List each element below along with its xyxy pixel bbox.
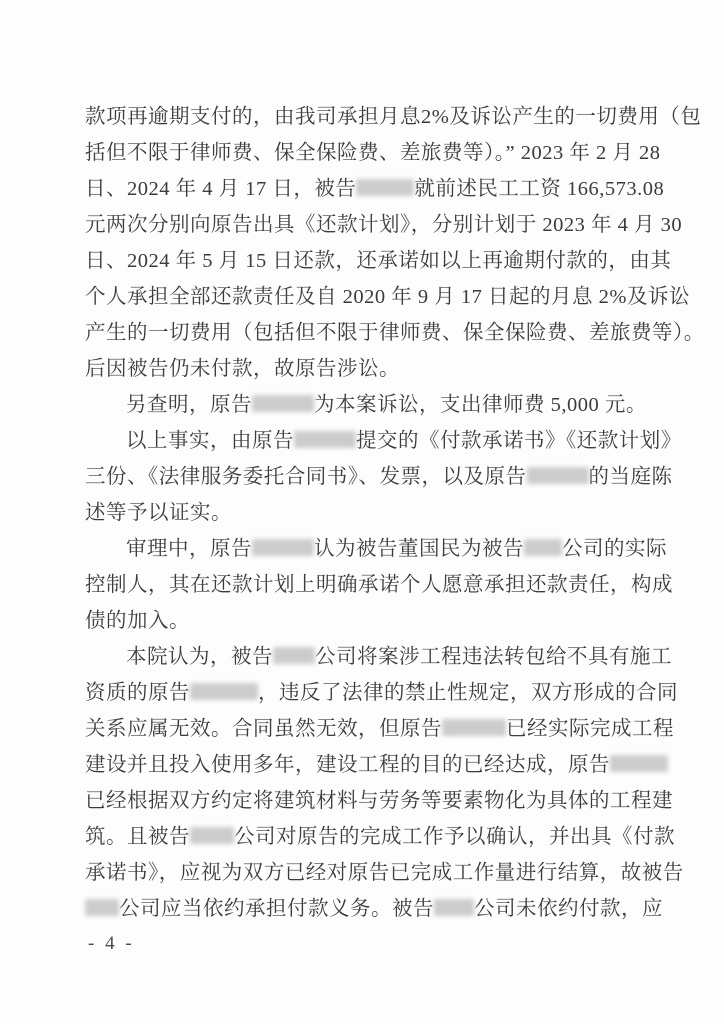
text-run: 认为被告董国民为被告: [314, 538, 524, 560]
redacted-name: [252, 395, 314, 412]
redacted-name: [85, 899, 119, 916]
text-run: 本院认为，被告: [126, 646, 273, 668]
text-run: 为本案诉讼，支出律师费 5,000 元。: [314, 394, 647, 416]
text-run: 公司对原告的完成工作予以确认，并出具《付款: [234, 826, 675, 848]
text-line: 资质的原告，违反了法律的禁止性规定，双方形成的合同: [85, 675, 641, 711]
text-run: 日、2024 年 4 月 17 日，被告: [85, 178, 356, 200]
text-run: 审理中，原告: [126, 538, 252, 560]
text-line: 已经根据双方约定将建筑材料与劳务等要素物化为具体的工程建: [85, 783, 641, 819]
text-run: 公司应当依约承担付款义务。被告: [119, 898, 434, 920]
text-run: 公司的实际: [562, 538, 667, 560]
redacted-name: [190, 827, 234, 844]
text-run: 债的加入。: [85, 610, 190, 632]
redacted-name: [273, 647, 315, 664]
text-line: 公司应当依约承担付款义务。被告公司未依约付款，应: [85, 891, 641, 927]
text-run: 另查明，原告: [126, 394, 252, 416]
text-line: 控制人，其在还款计划上明确承诺个人愿意承担还款责任，构成: [85, 567, 641, 603]
redacted-name: [434, 899, 474, 916]
text-line: 括但不限于律师费、保全保险费、差旅费等）。” 2023 年 2 月 28: [85, 135, 641, 171]
text-line: 建设并且投入使用多年，建设工程的目的已经达成，原告: [85, 747, 641, 783]
redacted-name: [190, 683, 258, 700]
text-run: 公司未依约付款，应: [474, 898, 663, 920]
document-page: 款项再逾期支付的，由我司承担月息2%及诉讼产生的一切费用（包括但不限于律师费、保…: [0, 0, 724, 1024]
text-line: 元两次分别向原告出具《还款计划》，分别计划于 2023 年 4 月 30: [85, 207, 641, 243]
text-run: 资质的原告: [85, 682, 190, 704]
text-run: 元两次分别向原告出具《还款计划》，分别计划于 2023 年 4 月 30: [85, 214, 682, 236]
text-run: 已经根据双方约定将建筑材料与劳务等要素物化为具体的工程建: [85, 790, 673, 812]
text-run: 就前述民工工资 166,573.08: [414, 178, 664, 200]
text-line: 以上事实，由原告提交的《付款承诺书》《还款计划》: [85, 423, 641, 459]
text-line: 筑。且被告公司对原告的完成工作予以确认，并出具《付款: [85, 819, 641, 855]
text-line: 关系应属无效。合同虽然无效，但原告已经实际完成工程: [85, 711, 641, 747]
text-run: 以上事实，由原告: [126, 430, 294, 452]
text-line: 日、2024 年 5 月 15 日还款，还承诺如以上再逾期付款的，由其: [85, 243, 641, 279]
text-run: 公司将案涉工程违法转包给不具有施工: [315, 646, 672, 668]
text-line: 后因被告仍未付款，故原告涉讼。: [85, 351, 641, 387]
text-run: 已经实际完成工程: [506, 718, 674, 740]
text-line: 三份、《法律服务委托合同书》、发票，以及原告的当庭陈: [85, 459, 641, 495]
text-line: 日、2024 年 4 月 17 日，被告就前述民工工资 166,573.08: [85, 171, 641, 207]
text-block: 款项再逾期支付的，由我司承担月息2%及诉讼产生的一切费用（包括但不限于律师费、保…: [85, 99, 641, 927]
redacted-name: [527, 467, 589, 484]
redacted-name: [356, 179, 414, 196]
text-run: 述等予以证实。: [85, 502, 232, 524]
text-line: 承诺书》，应视为双方已经对原告已完成工作量进行结算，故被告: [85, 855, 641, 891]
text-line: 审理中，原告认为被告董国民为被告公司的实际: [85, 531, 641, 567]
text-run: 提交的《付款承诺书》《还款计划》: [356, 430, 682, 452]
text-run: 三份、《法律服务委托合同书》、发票，以及原告: [85, 466, 527, 488]
text-line: 述等予以证实。: [85, 495, 641, 531]
text-run: 后因被告仍未付款，故原告涉讼。: [85, 358, 400, 380]
text-run: 控制人，其在还款计划上明确承诺个人愿意承担还款责任，构成: [85, 574, 673, 596]
redacted-name: [610, 755, 668, 772]
text-run: 个人承担全部还款责任及自 2020 年 9 月 17 日起的月息 2%及诉讼: [85, 286, 690, 308]
page-number: - 4 -: [88, 933, 135, 955]
text-run: 承诺书》，应视为双方已经对原告已完成工作量进行结算，故被告: [85, 862, 684, 884]
text-run: 日、2024 年 5 月 15 日还款，还承诺如以上再逾期付款的，由其: [85, 250, 671, 272]
text-run: 关系应属无效。合同虽然无效，但原告: [85, 718, 442, 740]
redacted-name: [252, 539, 314, 556]
redacted-name: [524, 539, 562, 556]
text-line: 另查明，原告为本案诉讼，支出律师费 5,000 元。: [85, 387, 641, 423]
text-line: 款项再逾期支付的，由我司承担月息2%及诉讼产生的一切费用（包: [85, 99, 641, 135]
text-run: 筑。且被告: [85, 826, 190, 848]
text-run: 的当庭陈: [589, 466, 673, 488]
text-run: ，违反了法律的禁止性规定，双方形成的合同: [258, 682, 678, 704]
redacted-name: [294, 431, 356, 448]
text-run: 括但不限于律师费、保全保险费、差旅费等）。” 2023 年 2 月 28: [85, 142, 660, 164]
text-run: 款项再逾期支付的，由我司承担月息2%及诉讼产生的一切费用（包: [85, 106, 701, 128]
text-run: 建设并且投入使用多年，建设工程的目的已经达成，原告: [85, 754, 610, 776]
text-run: 产生的一切费用（包括但不限于律师费、保全保险费、差旅费等）。: [85, 322, 705, 344]
text-line: 产生的一切费用（包括但不限于律师费、保全保险费、差旅费等）。: [85, 315, 641, 351]
redacted-name: [442, 719, 506, 736]
text-line: 个人承担全部还款责任及自 2020 年 9 月 17 日起的月息 2%及诉讼: [85, 279, 641, 315]
text-line: 债的加入。: [85, 603, 641, 639]
text-line: 本院认为，被告公司将案涉工程违法转包给不具有施工: [85, 639, 641, 675]
